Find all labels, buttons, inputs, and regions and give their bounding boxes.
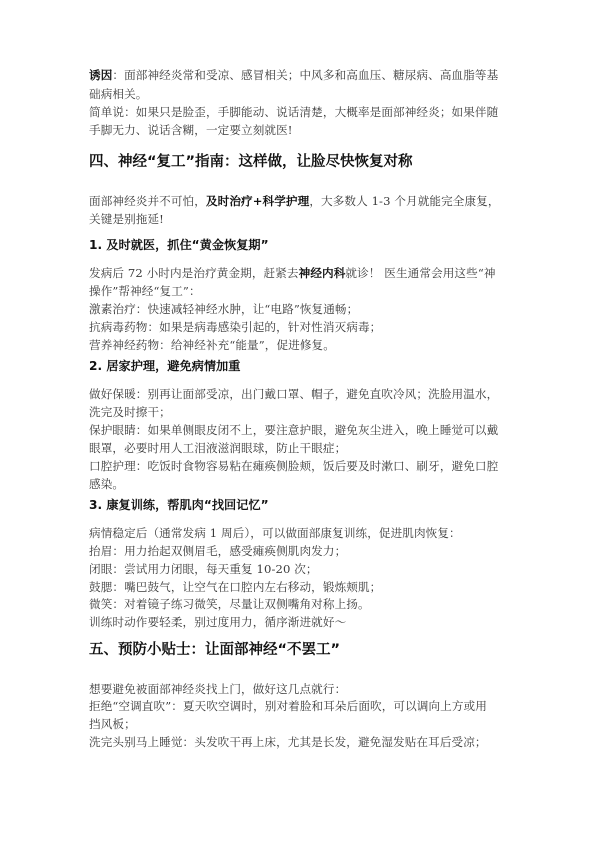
causes-line-4: 手脚无力、说话含糊，一定要立刻就医! xyxy=(89,121,293,139)
sub2-line-5: 口腔护理：吃饭时食物容易粘在瘫痪侧脸颊，饭后要及时漱口、刷牙，避免口腔 xyxy=(89,457,498,475)
sub1-line-3: 激素治疗：快速减轻神经水肿，让“电路”恢复通畅； xyxy=(89,300,358,318)
causes-line-1: 诱因：面部神经炎常和受凉、感冒相关；中风多和高血压、糖尿病、高血脂等基 xyxy=(89,66,498,84)
sub3-line-6: 训练时动作要轻柔，别过度用力，循序渐进就好～ xyxy=(89,613,346,631)
document-page: 诱因：面部神经炎常和受凉、感冒相关；中风多和高血压、糖尿病、高血脂等基 础病相关… xyxy=(0,0,595,841)
sub1-bold: 神经内科 xyxy=(299,266,346,280)
sub3-line-2: 抬眉：用力抬起双侧眉毛，感受瘫痪侧肌肉发力； xyxy=(89,542,346,560)
sub2-line-4: 眼罩，必要时用人工泪液滋润眼球，防止干眼症； xyxy=(89,439,346,457)
sub1-line-2: 操作”帮神经“复工”： xyxy=(89,282,201,300)
sec5-line-4: 洗完头别马上睡觉：头发吹干再上床，尤其是长发，避免湿发贴在耳后受凉； xyxy=(89,733,487,751)
section-4-heading: 四、神经“复工”指南：这样做，让脸尽快恢复对称 xyxy=(89,152,413,172)
intro-text: 面部神经炎并不可怕， xyxy=(89,194,206,208)
subsection-3-heading: 3. 康复训练，帮肌肉“找回记忆” xyxy=(89,496,269,514)
sub2-line-6: 感染。 xyxy=(89,475,124,493)
causes-line-2: 础病相关。 xyxy=(89,85,147,103)
sub1-text: 发病后 72 小时内是治疗黄金期，赶紧去 xyxy=(89,266,299,280)
sub3-line-5: 微笑：对着镜子练习微笑，尽量让双侧嘴角对称上扬。 xyxy=(89,595,370,613)
sub1-line-1: 发病后 72 小时内是治疗黄金期，赶紧去神经内科就诊！ 医生通常会用这些“神 xyxy=(89,264,496,282)
causes-line-3: 简单说：如果只是脸歪，手脚能动、说话清楚，大概率是面部神经炎；如果伴随 xyxy=(89,103,498,121)
sec5-line-3: 挡风板； xyxy=(89,715,136,733)
sub3-line-1: 病情稳定后（通常发病 1 周后），可以做面部康复训练，促进肌肉恢复： xyxy=(89,524,461,542)
intro-text-post: ，大多数人 1-3 个月就能完全康复， xyxy=(309,194,499,208)
subsection-2-heading: 2. 居家护理，避免病情加重 xyxy=(89,357,240,375)
section-5-heading: 五、预防小贴士：让面部神经“不罢工” xyxy=(89,640,340,660)
sec5-line-1: 想要避免被面部神经炎找上门，做好这几点就行： xyxy=(89,680,346,698)
causes-label: 诱因 xyxy=(89,68,112,82)
sub3-line-4: 鼓腮：嘴巴鼓气，让空气在口腔内左右移动，锻炼颊肌； xyxy=(89,578,381,596)
section-4-intro-line-2: 关键是别拖延! xyxy=(89,210,164,228)
sub3-line-3: 闭眼：尝试用力闭眼，每天重复 10-20 次； xyxy=(89,560,318,578)
sub2-line-2: 洗完及时擦干； xyxy=(89,403,171,421)
sub2-line-1: 做好保暖：别再让面部受凉，出门戴口罩、帽子，避免直吹冷风；洗脸用温水， xyxy=(89,385,498,403)
sub1-line-5: 营养神经药物：给神经补充“能量”，促进修复。 xyxy=(89,336,335,354)
sec5-line-2: 拒绝“空调直吹”：夏天吹空调时，别对着脸和耳朵后面吹，可以调向上方或用 xyxy=(89,697,487,715)
sub1-text-post: 就诊！ 医生通常会用这些“神 xyxy=(345,266,495,280)
subsection-1-heading: 1. 及时就医，抓住“黄金恢复期” xyxy=(89,236,269,254)
intro-bold: 及时治疗+科学护理 xyxy=(206,194,309,208)
causes-text: ：面部神经炎常和受凉、感冒相关；中风多和高血压、糖尿病、高血脂等基 xyxy=(112,68,498,82)
section-4-intro-line-1: 面部神经炎并不可怕，及时治疗+科学护理，大多数人 1-3 个月就能完全康复， xyxy=(89,192,500,210)
sub2-line-3: 保护眼睛：如果单侧眼皮闭不上，要注意护眼，避免灰尘进入，晚上睡觉可以戴 xyxy=(89,421,498,439)
sub1-line-4: 抗病毒药物：如果是病毒感染引起的，针对性消灭病毒； xyxy=(89,318,381,336)
